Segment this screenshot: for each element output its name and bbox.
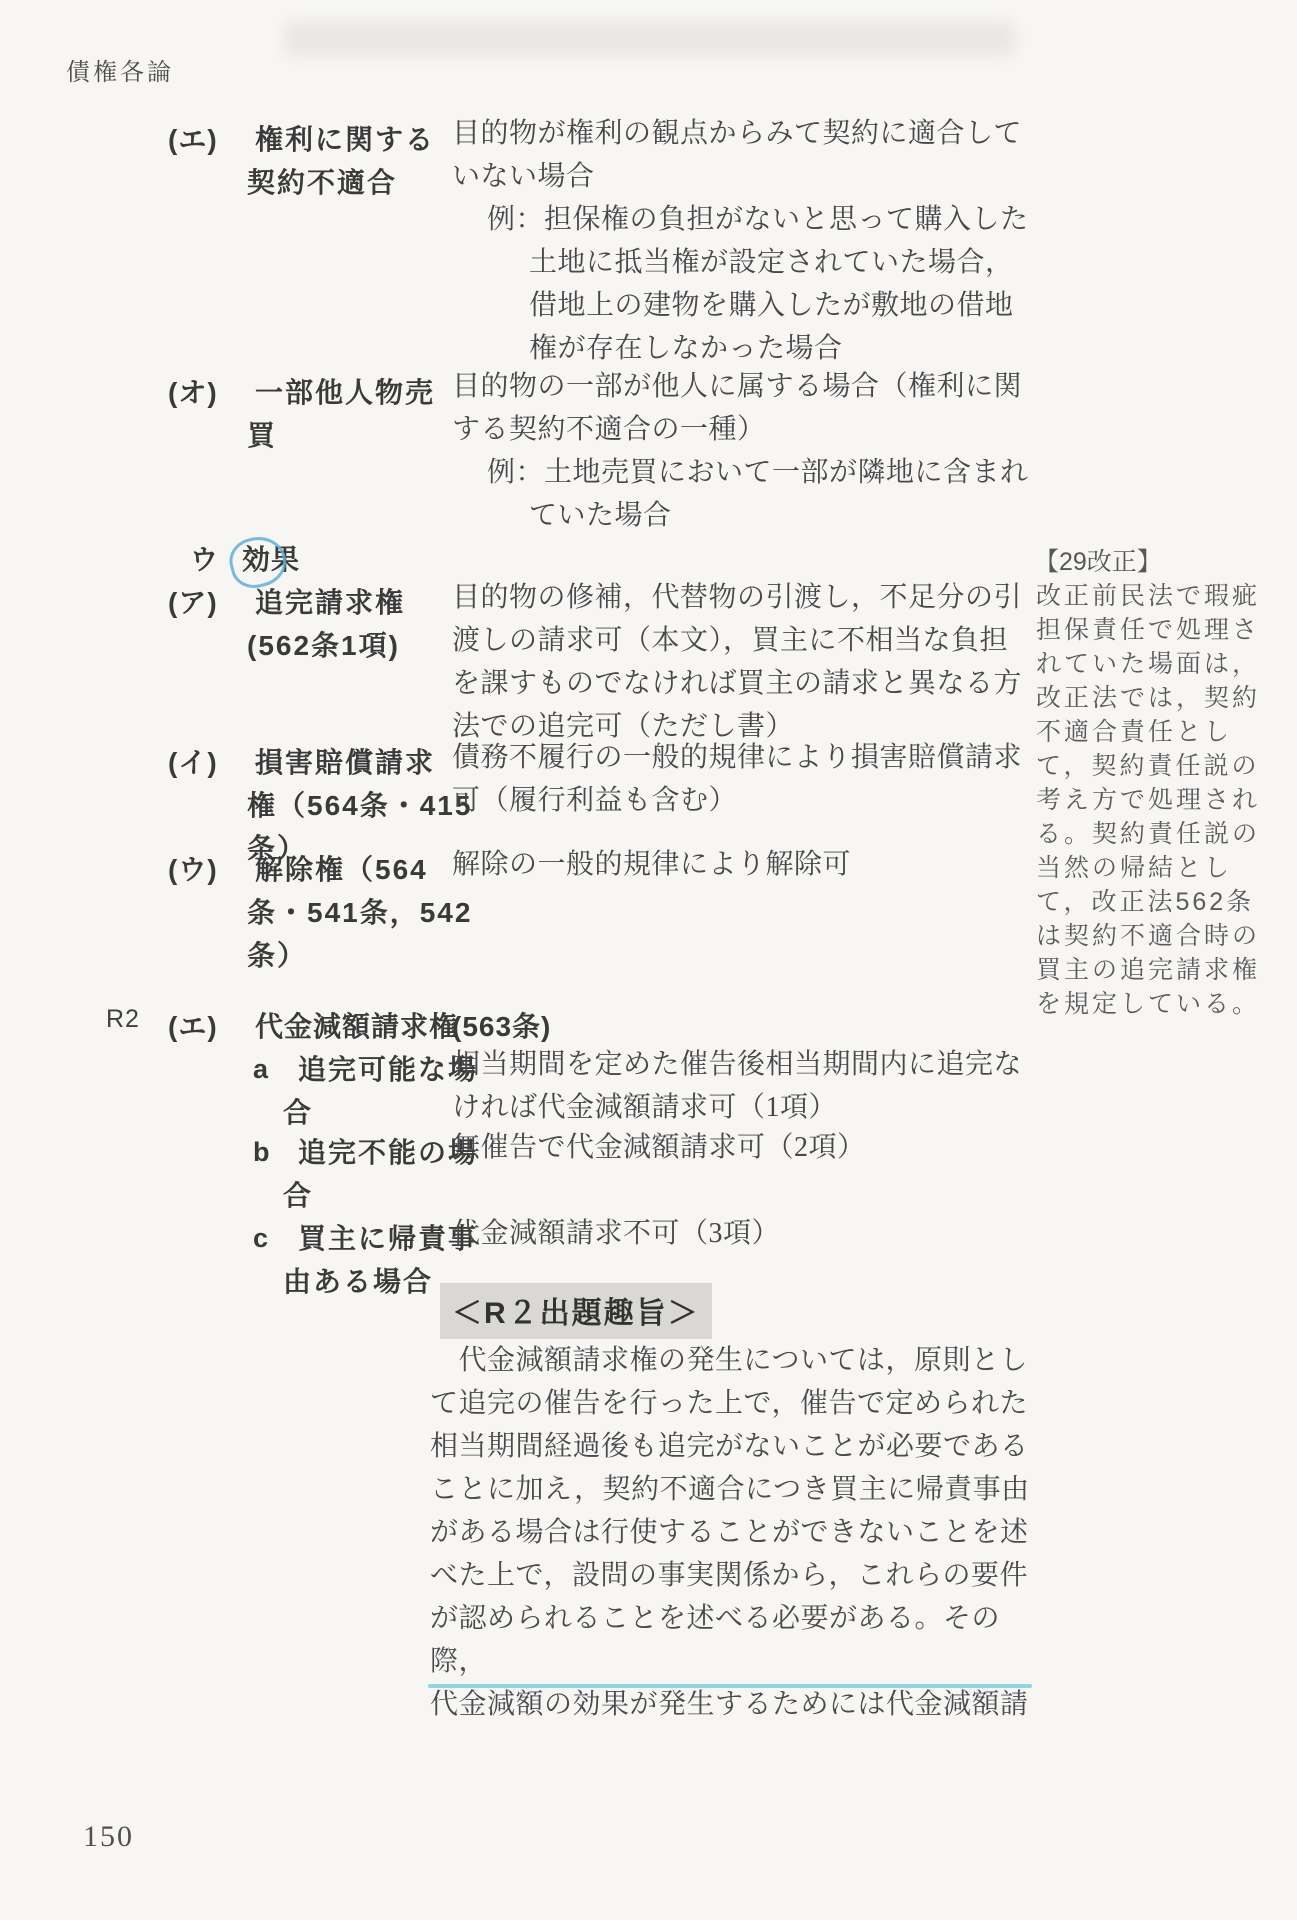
item-marker: (オ) [168, 371, 218, 414]
item-example: 例：土地売買において一部が隣地に含まれ ていた場合 [529, 451, 1049, 537]
item-description: 解除の一般的規律により解除可 [452, 843, 1027, 886]
item-marker: (ア) [168, 581, 218, 624]
section-marker: ウ [190, 538, 219, 581]
item-description: 目的物の一部が他人に属する場合（権利に関 する契約不適合の一種） [452, 365, 1027, 451]
exam-purpose-heading: ＜R２出題趣旨＞ [440, 1283, 712, 1339]
item-label: 解除権（564 条・541条，542 条） [247, 848, 472, 977]
running-header: 債権各論 [66, 52, 174, 87]
item-marker: (イ) [168, 741, 218, 784]
item-label: 代金減額請求権 [255, 1005, 458, 1048]
item-label: 一部他人物売 買 [247, 371, 435, 457]
item-description: 目的物が権利の観点からみて契約に適合して いない場合 [452, 112, 1027, 198]
sub-item-description: 代金減額請求不可（3項） [452, 1212, 1027, 1255]
item-marker: (ウ) [168, 848, 218, 891]
item-description: 目的物の修補，代替物の引渡し，不足分の引 渡しの請求可（本文），買主に不相当な負… [452, 576, 1027, 748]
item-label: 追完請求権 (562条1項) [247, 581, 405, 667]
revision-note-tag: 【29改正】 [1034, 545, 1162, 579]
sub-item-description: 無催告で代金減額請求可（2項） [452, 1126, 1027, 1169]
item-description: 債務不履行の一般的規律により損害賠償請求 可（履行利益も含む） [452, 736, 1027, 822]
item-example: 例：担保権の負担がないと思って購入した 土地に抵当権が設定されていた場合， 借地… [529, 198, 1049, 370]
pen-underline-annotation [428, 1684, 1032, 1688]
scanned-textbook-page: 債権各論 (エ) 権利に関する 契約不適合 目的物が権利の観点からみて契約に適合… [0, 0, 1297, 1920]
item-article: (563条) [452, 1005, 551, 1048]
sub-item-marker: b [253, 1131, 270, 1174]
sub-item-label: 追完不能の場 合 [283, 1131, 478, 1217]
ink-bleedthrough-smudge [285, 22, 1015, 56]
item-label: 権利に関する 契約不適合 [247, 118, 435, 204]
margin-tag-r2: R2 [106, 1005, 140, 1034]
page-number: 150 [83, 1820, 134, 1854]
sub-item-marker: a [253, 1048, 268, 1091]
item-marker: (エ) [168, 1005, 218, 1048]
sub-item-description: 相当期間を定めた催告後相当期間内に追完な ければ代金減額請求可（1項） [452, 1043, 1027, 1129]
item-marker: (エ) [168, 118, 218, 161]
sub-item-label: 追完可能な場 合 [283, 1048, 478, 1134]
sub-item-marker: c [253, 1217, 268, 1260]
revision-note-body: 改正前民法で瑕疵 担保責任で処理さ れていた場面は， 改正法では，契約 不適合責… [1036, 579, 1292, 1021]
exam-purpose-body: 代金減額請求権の発生については，原則とし て追完の催告を行った上で，催告で定めら… [430, 1339, 1048, 1726]
